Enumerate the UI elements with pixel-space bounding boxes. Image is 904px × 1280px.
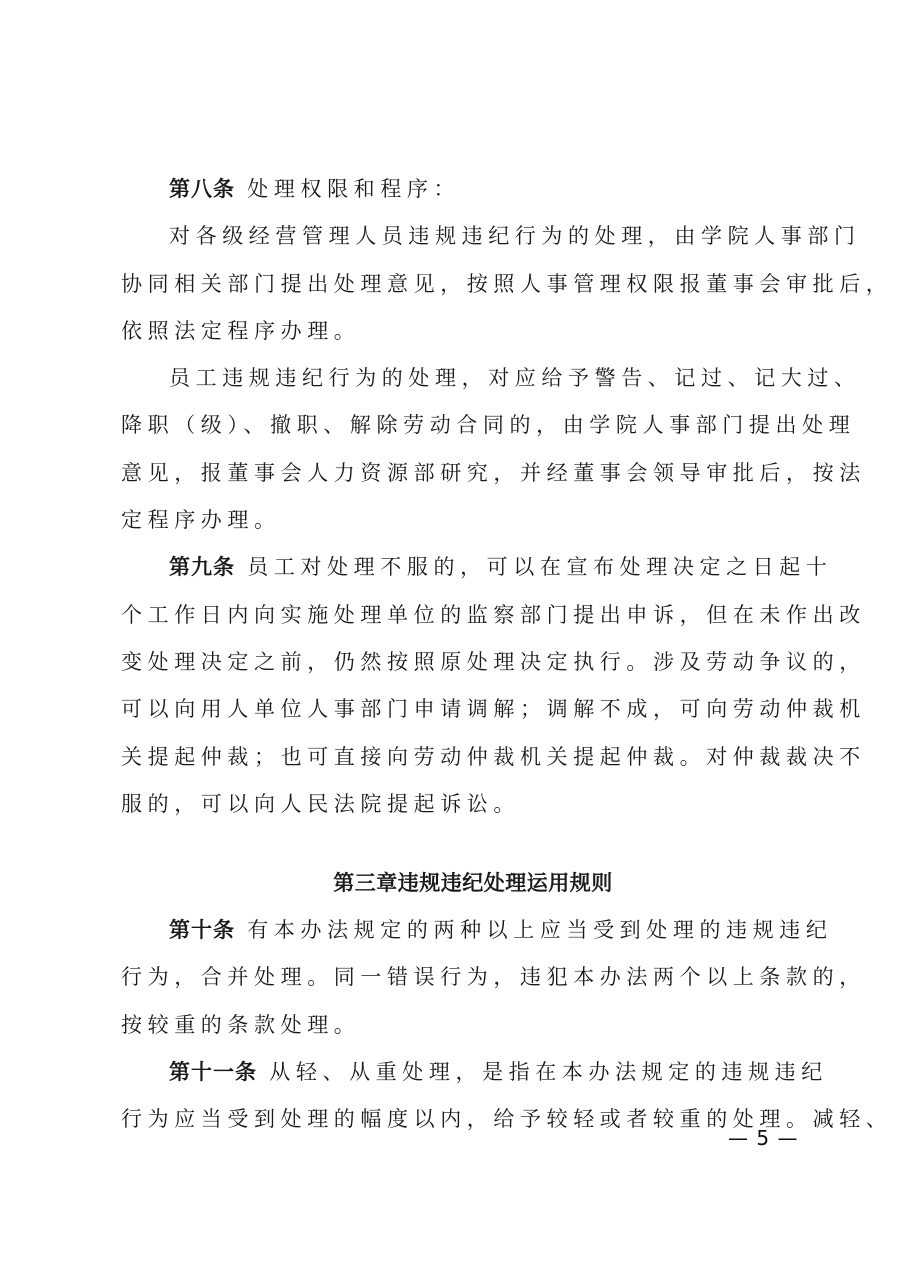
- paragraph-line: 意见，报董事会人力资源部研究，并经董事会领导审批后，按法: [121, 450, 805, 497]
- article-10-title: 第十条: [169, 918, 235, 942]
- paragraph-line: 降职（级）、撤职、解除劳动合同的，由学院人事部门提出处理: [121, 402, 805, 449]
- paragraph-line: 可以向用人单位人事部门申请调解；调解不成，可向劳动仲裁机: [121, 686, 805, 733]
- paragraph-line: 服的，可以向人民法院提起诉讼。: [121, 781, 805, 828]
- paragraph-line: 协同相关部门提出处理意见，按照人事管理权限报董事会审批后，: [121, 261, 805, 308]
- article-11-line-1: 第十一条 从轻、从重处理，是指在本办法规定的违规违纪: [121, 1049, 805, 1096]
- article-11-text: 从轻、从重处理，是指在本办法规定的违规违纪: [257, 1060, 828, 1084]
- article-9-text: 员工对处理不服的，可以在宣布处理决定之日起十: [235, 555, 832, 579]
- article-8-line-1: 第八条 处理权限和程序：: [121, 166, 805, 213]
- article-9-title: 第九条: [169, 555, 235, 579]
- page-number: — 5 —: [728, 1126, 798, 1150]
- paragraph-line: 按较重的条款处理。: [121, 1002, 805, 1049]
- section-gap: [121, 828, 805, 860]
- paragraph-line: 对各级经营管理人员违规违纪行为的处理，由学院人事部门: [121, 213, 805, 260]
- paragraph-line: 行为，合并处理。同一错误行为，违犯本办法两个以上条款的，: [121, 954, 805, 1001]
- article-8: 第八条 处理权限和程序： 对各级经营管理人员违规违纪行为的处理，由学院人事部门 …: [121, 166, 805, 544]
- paragraph-line: 关提起仲裁；也可直接向劳动仲裁机关提起仲裁。对仲裁裁决不: [121, 734, 805, 781]
- article-10-text: 有本办法规定的两种以上应当受到处理的违规违纪: [235, 918, 832, 942]
- chapter-heading: 第三章违规违纪处理运用规则: [121, 860, 805, 907]
- article-10: 第十条 有本办法规定的两种以上应当受到处理的违规违纪 行为，合并处理。同一错误行…: [121, 907, 805, 1049]
- article-11-title: 第十一条: [169, 1060, 257, 1084]
- paragraph-line: 行为应当受到处理的幅度以内，给予较轻或者较重的处理。减轻、: [121, 1096, 805, 1143]
- paragraph-line: 定程序办理。: [121, 497, 805, 544]
- article-9-line-1: 第九条 员工对处理不服的，可以在宣布处理决定之日起十: [121, 544, 805, 591]
- article-8-title: 第八条: [169, 177, 235, 201]
- paragraph-line: 依照法定程序办理。: [121, 308, 805, 355]
- paragraph-line: 员工违规违纪行为的处理，对应给予警告、记过、记大过、: [121, 355, 805, 402]
- article-10-line-1: 第十条 有本办法规定的两种以上应当受到处理的违规违纪: [121, 907, 805, 954]
- paragraph-line: 变处理决定之前，仍然按照原处理决定执行。涉及劳动争议的，: [121, 639, 805, 686]
- paragraph-line: 个工作日内向实施处理单位的监察部门提出申诉，但在未作出改: [121, 592, 805, 639]
- document-page: 第八条 处理权限和程序： 对各级经营管理人员违规违纪行为的处理，由学院人事部门 …: [121, 166, 805, 1144]
- article-9: 第九条 员工对处理不服的，可以在宣布处理决定之日起十 个工作日内向实施处理单位的…: [121, 544, 805, 828]
- article-8-text: 处理权限和程序：: [235, 177, 460, 201]
- article-11: 第十一条 从轻、从重处理，是指在本办法规定的违规违纪 行为应当受到处理的幅度以内…: [121, 1049, 805, 1144]
